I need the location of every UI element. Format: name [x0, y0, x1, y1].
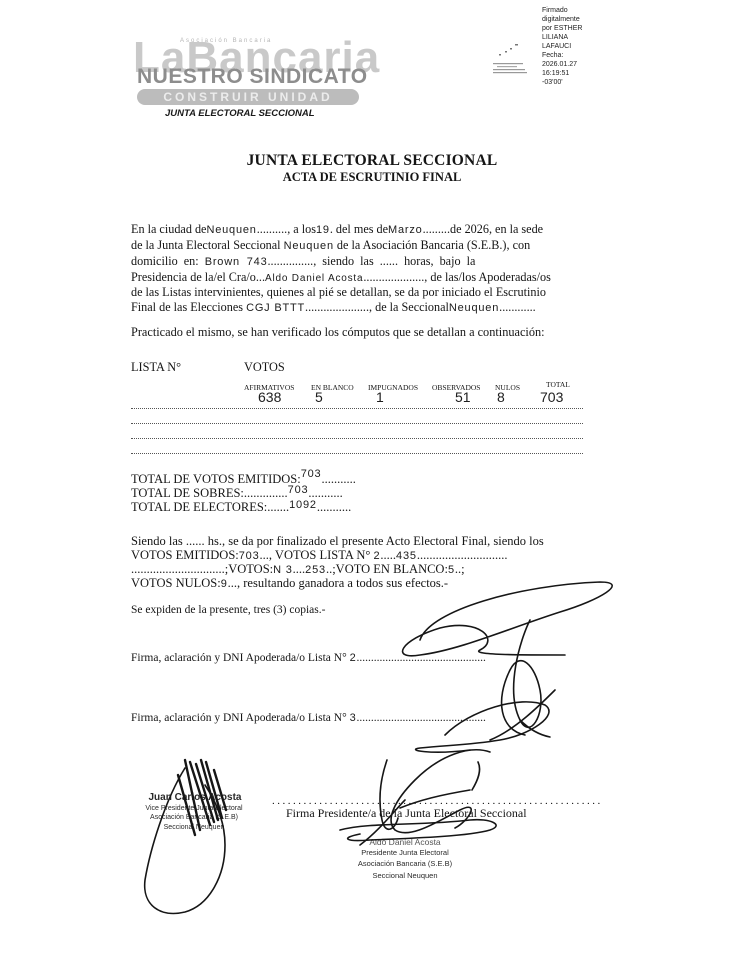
closing-line-1: Siendo las ...... hs., se da por finaliz… — [131, 534, 544, 549]
closing-text: ;VOTO EN BLANCO: — [332, 562, 448, 576]
intro-line-1: En la ciudad deNeuquen.........., a los1… — [131, 222, 543, 237]
closing-text: VOTOS EMITIDOS: — [131, 548, 239, 562]
table-row[interactable] — [131, 438, 583, 439]
total-electores-value[interactable]: 1092 — [289, 499, 317, 511]
cell-total[interactable]: 703 — [540, 389, 563, 405]
closing-emitidos-value[interactable]: 703 — [239, 550, 260, 562]
intro-line-2: de la Junta Electoral Seccional Neuquen … — [131, 238, 530, 253]
logo-headline: NUESTRO SINDICATO — [137, 66, 368, 88]
closing-nulos[interactable]: 9 — [221, 578, 228, 590]
table-row[interactable] — [131, 423, 583, 424]
digital-signature-stamp-icon — [493, 40, 533, 80]
intro-text: . del mes de — [330, 222, 388, 236]
total-emitidos-value[interactable]: 703 — [301, 468, 322, 480]
president-field[interactable]: Aldo Daniel Acosta — [265, 273, 363, 284]
intro-line-3: domicilio en: Brown 743..............., … — [131, 254, 475, 269]
total-emitidos: TOTAL DE VOTOS EMITIDOS:703........... — [131, 472, 356, 487]
votos-label: VOTOS — [244, 360, 285, 375]
digital-signature-line: -03'00' — [542, 78, 612, 87]
president-stamp-org: Asociación Bancaria (S.E.B) — [335, 859, 475, 868]
intro-text: de la Asociación Bancaria (S.E.B.), con — [337, 238, 530, 252]
verification-text: Practicado el mismo, se han verificado l… — [131, 325, 545, 340]
intro-text: Presidencia de la/el Cra/o — [131, 270, 256, 284]
digital-signature-text: Firmadodigitalmentepor ESTHERLILIANALAFA… — [542, 6, 612, 87]
apoderado-signature-line-1[interactable]: Firma, aclaración y DNI Apoderada/o List… — [131, 652, 486, 664]
city-field[interactable]: Neuquen — [206, 224, 256, 236]
logo-tagline: CONSTRUIR UNIDAD — [137, 90, 359, 104]
table-row[interactable] — [131, 408, 583, 409]
seccional-2-field[interactable]: Neuquen — [449, 302, 499, 314]
lista-label: LISTA N° — [131, 360, 181, 375]
vice-stamp-org: Asociación Bancaria (S.E.B) — [128, 814, 260, 821]
apoderado-label: Firma, aclaración y DNI Apoderada/o List… — [131, 712, 347, 724]
address-field[interactable]: Brown 743 — [205, 256, 268, 268]
digital-signature-line: 16:19:51 — [542, 69, 612, 78]
closing-text: ..., VOTOS LISTA N° — [260, 548, 371, 562]
cell-nulos[interactable]: 8 — [497, 389, 505, 405]
total-electores: TOTAL DE ELECTORES:.......1092..........… — [131, 500, 351, 515]
digital-signature-line: LILIANA — [542, 33, 612, 42]
digital-signature-line: por ESTHER — [542, 24, 612, 33]
closing-lista-a-votes[interactable]: 435 — [396, 550, 417, 562]
cell-observados[interactable]: 51 — [455, 389, 471, 405]
cell-afirmativos[interactable]: 638 — [258, 389, 281, 405]
closing-text: ;VOTOS: — [225, 562, 273, 576]
intro-line-5: de las Listas intervinientes, quienes al… — [131, 285, 546, 300]
intro-text: de la Junta Electoral Seccional — [131, 238, 281, 252]
vice-stamp-seccional: Seccional Neuquen — [128, 824, 260, 831]
intro-line-4: Presidencia de la/el Cra/o...Aldo Daniel… — [131, 270, 551, 285]
closing-text: ..., resultando ganadora a todos sus efe… — [228, 576, 448, 590]
day-field[interactable]: 19 — [316, 224, 330, 236]
intro-text: Final de las Elecciones — [131, 300, 243, 314]
logo-subtitle: JUNTA ELECTORAL SECCIONAL — [165, 108, 315, 119]
intro-line-6: Final de las Elecciones CGJ BTTT........… — [131, 300, 536, 315]
cell-impugnados[interactable]: 1 — [376, 389, 384, 405]
month-field[interactable]: Marzo — [388, 224, 423, 236]
intro-text: domicilio en: — [131, 254, 199, 268]
total-electores-label: TOTAL DE ELECTORES: — [131, 500, 267, 514]
president-stamp-name: Aldo Daniel Acosta — [345, 837, 465, 847]
closing-text: VOTOS NULOS: — [131, 576, 221, 590]
signature-apoderado-2 — [403, 582, 613, 656]
intro-text: , a los — [287, 222, 316, 236]
digital-signature-line: LAFAUCI — [542, 42, 612, 51]
seccional-field[interactable]: Neuquen — [284, 240, 334, 252]
document-title-text: JUNTA ELECTORAL SECCIONAL — [247, 152, 498, 169]
intro-text: , de las/los Apoderadas/os — [424, 270, 551, 284]
total-emitidos-label: TOTAL DE VOTOS EMITIDOS: — [131, 472, 301, 486]
intro-text: , de la Seccional — [369, 300, 449, 314]
cell-en-blanco[interactable]: 5 — [315, 389, 323, 405]
digital-signature-line: digitalmente — [542, 15, 612, 24]
column-total: TOTAL — [546, 380, 570, 389]
apoderado-label: Firma, aclaración y DNI Apoderada/o List… — [131, 652, 347, 664]
intro-text: de 2026, en la sede — [450, 222, 543, 236]
closing-line-4: VOTOS NULOS:9..., resultando ganadora a … — [131, 576, 448, 591]
closing-lista-b[interactable]: N 3 — [273, 564, 293, 576]
closing-line-2: VOTOS EMITIDOS:703..., VOTOS LISTA N° 2.… — [131, 548, 507, 563]
digital-signature-line: Firmado — [542, 6, 612, 15]
document-subtitle: ACTA DE ESCRUTINIO FINAL — [0, 170, 738, 185]
vice-stamp-role: Vice Presidente Junta Electoral — [128, 805, 260, 812]
total-sobres-value[interactable]: 703 — [288, 484, 309, 496]
vice-stamp-name: Juan Carlos Acosta — [135, 792, 255, 803]
table-row[interactable] — [131, 453, 583, 454]
digital-signature-line: 2026.01.27 — [542, 60, 612, 69]
document-subtitle-text: ACTA DE ESCRUTINIO FINAL — [283, 170, 462, 184]
copies-text: Se expiden de la presente, tres (3) copi… — [131, 604, 325, 616]
president-stamp-role: Presidente Junta Electoral — [335, 848, 475, 857]
apoderado-signature-line-2[interactable]: Firma, aclaración y DNI Apoderada/o List… — [131, 712, 486, 724]
president-stamp-seccional: Seccional Neuquen — [335, 871, 475, 880]
closing-blanco[interactable]: 5 — [448, 564, 455, 576]
closing-lista-b-votes[interactable]: 253 — [305, 564, 326, 576]
intro-text: En la ciudad de — [131, 222, 206, 236]
total-sobres-label: TOTAL DE SOBRES: — [131, 486, 244, 500]
signature-vice — [145, 768, 225, 913]
closing-line-3: ..............................;VOTOS:N 3… — [131, 562, 465, 577]
digital-signature-line: Fecha: — [542, 51, 612, 60]
intro-text: , siendo las ...... horas, bajo la — [313, 254, 475, 268]
elections-field[interactable]: CGJ BTTT — [246, 302, 305, 314]
document-title: JUNTA ELECTORAL SECCIONAL — [0, 152, 738, 170]
president-signature-label: Firma Presidente/a de la Junta Electoral… — [286, 806, 527, 821]
